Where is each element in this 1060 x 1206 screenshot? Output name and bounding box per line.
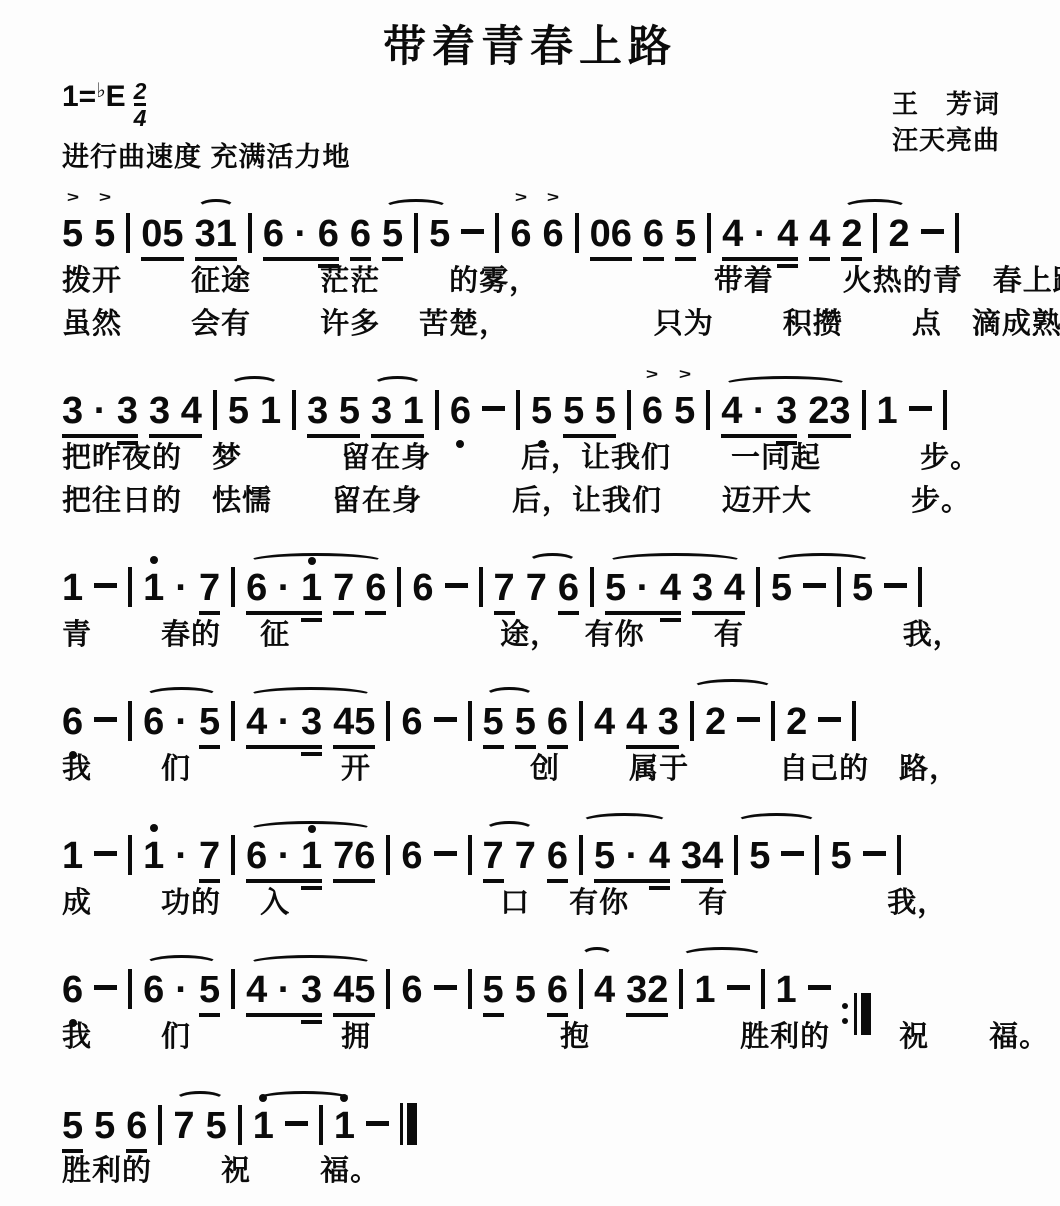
note: 1 bbox=[694, 970, 715, 1013]
note: 6 bbox=[547, 836, 568, 883]
note: 1 bbox=[776, 970, 797, 1013]
barline bbox=[231, 969, 235, 1009]
note: 6 bbox=[547, 970, 568, 1017]
key-prefix: 1= bbox=[62, 80, 96, 114]
repeat-barline bbox=[842, 993, 871, 1035]
note: 1 bbox=[253, 1106, 274, 1149]
note: 31 bbox=[195, 214, 237, 261]
barline bbox=[238, 1105, 242, 1145]
duration-dash bbox=[921, 229, 944, 234]
note: 3 5 bbox=[307, 391, 360, 438]
note: 5 bbox=[830, 836, 851, 879]
note: 5 · 4 bbox=[605, 568, 681, 615]
note-text: 4 bbox=[777, 213, 798, 255]
note: 6 bbox=[547, 702, 568, 749]
note: 5 bbox=[483, 970, 504, 1017]
note-text: 4 · bbox=[722, 213, 777, 255]
slur-arc bbox=[145, 955, 218, 972]
octave-dot-high bbox=[150, 556, 158, 564]
duration-dash bbox=[818, 717, 841, 722]
slur-arc bbox=[843, 199, 907, 216]
barline bbox=[128, 835, 132, 875]
slur-arc bbox=[607, 553, 743, 570]
sixteenth-beam bbox=[649, 886, 670, 890]
barline bbox=[468, 969, 472, 1009]
accent-icon: > bbox=[515, 192, 527, 205]
slur-arc bbox=[692, 679, 773, 696]
slur-arc bbox=[736, 813, 817, 830]
flat-icon: ♭ bbox=[96, 74, 105, 108]
note: 6 · 1 bbox=[246, 836, 322, 883]
note: 5 bbox=[429, 214, 450, 257]
note: 6 bbox=[126, 1106, 147, 1153]
note: 3 4 bbox=[149, 391, 202, 438]
duration-dash bbox=[94, 717, 117, 722]
barline bbox=[771, 701, 775, 741]
note-text: 6 bbox=[318, 213, 339, 255]
note: 6 bbox=[62, 702, 83, 745]
repeat-dot bbox=[842, 1018, 848, 1024]
note: 5 5 bbox=[563, 391, 616, 438]
note: 6> bbox=[542, 214, 563, 257]
barline bbox=[231, 835, 235, 875]
slur-arc bbox=[581, 813, 668, 830]
barline bbox=[213, 390, 217, 430]
note: 6 bbox=[401, 970, 422, 1013]
duration-dash bbox=[727, 985, 750, 990]
note: 76 bbox=[333, 836, 375, 883]
barline bbox=[690, 701, 694, 741]
notation-line: 11·76 · 17667765 · 43455 bbox=[62, 800, 1040, 882]
score-line: 5>5>05316 · 66556>6>06654 · 4422拨开 征途 茫茫… bbox=[62, 178, 1040, 346]
duration-dash bbox=[94, 985, 117, 990]
barline bbox=[706, 390, 710, 430]
header-meta: 1=♭E 2 4 进行曲速度 充满活力地 王 芳词 汪天亮曲 bbox=[62, 78, 1000, 178]
note: 6 bbox=[401, 836, 422, 879]
barline bbox=[862, 390, 866, 430]
barline bbox=[479, 567, 483, 607]
slur-arc bbox=[681, 947, 763, 964]
note-text: 1 bbox=[301, 567, 322, 609]
page-title: 带着青春上路 bbox=[0, 18, 1060, 76]
sixteenth-beam bbox=[301, 752, 322, 756]
barline bbox=[468, 835, 472, 875]
slur-arc bbox=[248, 553, 384, 570]
note: 4 bbox=[594, 702, 615, 745]
duration-dash bbox=[461, 229, 484, 234]
note: 4 · 3 bbox=[246, 702, 322, 749]
note: 5 bbox=[62, 1106, 83, 1153]
thick-bar bbox=[407, 1103, 417, 1145]
note: 5 bbox=[199, 702, 220, 749]
note-text: 3 bbox=[117, 390, 138, 432]
note: 34 bbox=[681, 836, 723, 883]
barline bbox=[579, 701, 583, 741]
note: 05 bbox=[141, 214, 183, 261]
barline bbox=[231, 701, 235, 741]
barline bbox=[815, 835, 819, 875]
lyric-line: 把昨夜的 梦 留在身 后，让我们 一同起 步。 bbox=[62, 437, 1040, 480]
note: 1 bbox=[877, 391, 898, 434]
notation-line: 66·54 · 345655644 322 bbox=[62, 666, 1040, 748]
lyricist-credit: 王 芳词 bbox=[892, 86, 1000, 122]
octave-dot-high bbox=[150, 824, 158, 832]
notation-line: 11·76 · 17667765 · 43 455 bbox=[62, 532, 1040, 614]
score-line: 11·76 · 17667765 · 43 455青 春的 征 途， 有你 有 … bbox=[62, 532, 1040, 657]
barline bbox=[128, 969, 132, 1009]
note-text: 4 bbox=[660, 567, 681, 609]
note: 23 bbox=[808, 391, 850, 438]
duration-dash bbox=[909, 406, 932, 411]
thin-bar bbox=[854, 993, 857, 1035]
note: 5 bbox=[199, 970, 220, 1017]
final-barline bbox=[400, 1103, 417, 1145]
barline bbox=[852, 701, 856, 741]
note: 7 bbox=[494, 568, 515, 615]
credits: 王 芳词 汪天亮曲 bbox=[892, 86, 1000, 158]
slur-arc bbox=[197, 199, 235, 216]
octave-dot-low bbox=[69, 751, 77, 759]
barline bbox=[292, 390, 296, 430]
duration-dash bbox=[434, 851, 457, 856]
note: 5> bbox=[62, 214, 83, 257]
note: 6 bbox=[365, 568, 386, 615]
duration-dash bbox=[803, 583, 826, 588]
composer-credit: 汪天亮曲 bbox=[892, 122, 1000, 158]
note-text: 6 · bbox=[246, 567, 301, 609]
barline bbox=[837, 567, 841, 607]
duration-dash bbox=[366, 1121, 389, 1126]
note: · bbox=[175, 568, 188, 611]
note-text: 4 bbox=[649, 835, 670, 877]
note-text: 3 bbox=[301, 701, 322, 743]
note: 5 bbox=[515, 970, 536, 1013]
duration-dash bbox=[781, 851, 804, 856]
barline bbox=[579, 969, 583, 1009]
lyric-line: 青 春的 征 途， 有你 有 我， bbox=[62, 614, 1040, 657]
octave-dot-high bbox=[308, 825, 316, 833]
note: 1 bbox=[62, 836, 83, 879]
barline bbox=[386, 835, 390, 875]
meter-numerator: 2 bbox=[134, 80, 147, 103]
slur-arc bbox=[175, 1091, 225, 1108]
note: 5 bbox=[483, 702, 504, 749]
note: 4 bbox=[594, 970, 615, 1013]
sixteenth-beam bbox=[776, 441, 797, 445]
duration-dash bbox=[94, 851, 117, 856]
barline bbox=[575, 213, 579, 253]
score-line: 66·54 · 345655644 322我 们 开 创 属于 自己的 路， bbox=[62, 666, 1040, 791]
note: · bbox=[175, 702, 188, 745]
sixteenth-beam bbox=[301, 1020, 322, 1024]
note: 4 3 bbox=[626, 702, 679, 749]
barline bbox=[158, 1105, 162, 1145]
barline bbox=[128, 701, 132, 741]
barline bbox=[756, 567, 760, 607]
slur-arc bbox=[485, 821, 534, 838]
note: 2 bbox=[841, 214, 862, 261]
score-line: 66·54 · 345655643211我 们 拥 抱 胜利的 祝 福。 bbox=[62, 934, 1040, 1059]
duration-dash bbox=[808, 985, 831, 990]
barline bbox=[414, 213, 418, 253]
barline bbox=[128, 567, 132, 607]
notation-line: 66·54 · 345655643211 bbox=[62, 934, 1040, 1016]
barline bbox=[943, 390, 947, 430]
score-line: 5567511胜利的 祝 福。 bbox=[62, 1068, 1040, 1193]
note: 4 · 4 bbox=[722, 214, 798, 261]
barline bbox=[707, 213, 711, 253]
duration-dash bbox=[737, 717, 760, 722]
note: 32 bbox=[626, 970, 668, 1017]
note: 2 bbox=[888, 214, 909, 257]
note: 6> bbox=[642, 391, 663, 434]
note: 6 bbox=[450, 391, 471, 434]
barline bbox=[319, 1105, 323, 1145]
note: 5 bbox=[382, 214, 403, 261]
barline bbox=[468, 701, 472, 741]
barline bbox=[516, 390, 520, 430]
note-text: 5 · bbox=[605, 567, 660, 609]
score-line: 3 · 33 4513 53 1655 56>5>4 · 3231把昨夜的 梦 … bbox=[62, 355, 1040, 523]
note: 1 bbox=[143, 836, 164, 879]
sixteenth-beam bbox=[777, 264, 798, 268]
slur-arc bbox=[373, 376, 422, 393]
octave-dot-low bbox=[456, 440, 464, 448]
note: 7 bbox=[173, 1106, 194, 1149]
octave-dot-low bbox=[538, 440, 546, 448]
note: 4 bbox=[809, 214, 830, 261]
note: 5> bbox=[674, 391, 695, 434]
note: 5 bbox=[94, 1106, 115, 1149]
note: 3 · 3 bbox=[62, 391, 138, 438]
note: 5 bbox=[228, 391, 249, 434]
note: 5 bbox=[515, 702, 536, 749]
duration-dash bbox=[434, 717, 457, 722]
note: 5 bbox=[206, 1106, 227, 1149]
note: 5 bbox=[749, 836, 770, 879]
barline bbox=[579, 835, 583, 875]
slur-arc bbox=[528, 553, 577, 570]
accent-icon: > bbox=[66, 192, 78, 205]
note: 5 bbox=[531, 391, 552, 434]
note-text: 4 · bbox=[246, 701, 301, 743]
slur-arc bbox=[255, 1091, 353, 1108]
octave-dot-low bbox=[69, 1019, 77, 1027]
notation-line: 5>5>05316 · 66556>6>06654 · 4422 bbox=[62, 178, 1040, 260]
note: 1 bbox=[62, 568, 83, 611]
tempo-marking: 进行曲速度 充满活力地 bbox=[62, 135, 351, 174]
sixteenth-beam bbox=[318, 264, 339, 268]
note: 6 bbox=[643, 214, 664, 261]
duration-dash bbox=[285, 1121, 308, 1126]
note: 1 bbox=[260, 391, 281, 434]
accent-icon: > bbox=[99, 192, 111, 205]
slur-arc bbox=[145, 687, 218, 704]
note-text: 4 · bbox=[721, 390, 776, 432]
slur-arc bbox=[384, 199, 448, 216]
note: 2 bbox=[786, 702, 807, 745]
slur-arc bbox=[230, 376, 279, 393]
slur-arc bbox=[485, 687, 534, 704]
barline bbox=[231, 567, 235, 607]
note: 6> bbox=[510, 214, 531, 257]
barline bbox=[761, 969, 765, 1009]
slur-arc bbox=[248, 955, 373, 972]
note: 06 bbox=[590, 214, 632, 261]
note: 7 bbox=[333, 568, 354, 615]
note: 6 bbox=[62, 970, 83, 1013]
sixteenth-beam bbox=[660, 618, 681, 622]
note: 3 1 bbox=[371, 391, 424, 438]
repeat-dots bbox=[842, 1003, 848, 1024]
note: 6 bbox=[558, 568, 579, 615]
note-text: 5 · bbox=[594, 835, 649, 877]
note: 5 bbox=[852, 568, 873, 611]
note: 2 bbox=[705, 702, 726, 745]
note: 4 · 3 bbox=[246, 970, 322, 1017]
barline bbox=[435, 390, 439, 430]
note: 4 · 3 bbox=[721, 391, 797, 438]
sixteenth-beam bbox=[117, 441, 138, 445]
note: 5 · 4 bbox=[594, 836, 670, 883]
accent-icon: > bbox=[679, 369, 691, 382]
duration-dash bbox=[884, 583, 907, 588]
barline bbox=[386, 969, 390, 1009]
note: 6 bbox=[412, 568, 433, 611]
lyric-line: 把往日的 怯懦 留在身 后，让我们 迈开大 步。 bbox=[62, 480, 1040, 523]
note-text: 3 bbox=[301, 969, 322, 1011]
accent-icon: > bbox=[547, 192, 559, 205]
duration-dash bbox=[445, 583, 468, 588]
duration-dash bbox=[94, 583, 117, 588]
barline bbox=[495, 213, 499, 253]
note: 7 bbox=[483, 836, 504, 883]
notation-line: 3 · 33 4513 53 1655 56>5>4 · 3231 bbox=[62, 355, 1040, 437]
note: 6 bbox=[143, 702, 164, 745]
key-letter: E bbox=[106, 80, 126, 114]
note-text: 6 · bbox=[263, 213, 318, 255]
note: 1 bbox=[143, 568, 164, 611]
lyric-line: 虽然 会有 许多 苦楚， 只为 积攒 点 滴成熟， bbox=[62, 303, 1040, 346]
note: 7 bbox=[199, 568, 220, 615]
barline bbox=[873, 213, 877, 253]
note: 3 4 bbox=[692, 568, 745, 615]
slur-arc bbox=[773, 553, 871, 570]
score: 5>5>05316 · 66556>6>06654 · 4422拨开 征途 茫茫… bbox=[62, 178, 1040, 1193]
score-line: 11·76 · 17667765 · 43455成 功的 入 口 有你 有 我， bbox=[62, 800, 1040, 925]
note: 7 bbox=[515, 836, 536, 879]
notation-line: 5567511 bbox=[62, 1068, 1040, 1150]
thick-bar bbox=[861, 993, 871, 1035]
note: 5> bbox=[94, 214, 115, 257]
slur-arc bbox=[248, 687, 373, 704]
note-text: 4 · bbox=[246, 969, 301, 1011]
duration-dash bbox=[863, 851, 886, 856]
barline bbox=[955, 213, 959, 253]
accent-icon: > bbox=[646, 369, 658, 382]
note: 45 bbox=[333, 702, 375, 749]
note: 6 · 1 bbox=[246, 568, 322, 615]
barline bbox=[897, 835, 901, 875]
barline bbox=[386, 701, 390, 741]
barline bbox=[679, 969, 683, 1009]
note: 6 bbox=[350, 214, 371, 261]
note: 45 bbox=[333, 970, 375, 1017]
sixteenth-beam bbox=[301, 618, 322, 622]
note-text: 6 · bbox=[246, 835, 301, 877]
note: 6 · 6 bbox=[263, 214, 339, 261]
duration-dash bbox=[434, 985, 457, 990]
slur-arc bbox=[581, 947, 613, 964]
note: · bbox=[175, 836, 188, 879]
lyric-line: 我 们 拥 抱 胜利的 祝 福。 bbox=[62, 1016, 1040, 1059]
note: · bbox=[175, 970, 188, 1013]
note: 6 bbox=[143, 970, 164, 1013]
note: 5 bbox=[771, 568, 792, 611]
octave-dot-high bbox=[308, 557, 316, 565]
note: 7 bbox=[526, 568, 547, 611]
note-text: 3 bbox=[776, 390, 797, 432]
barline bbox=[126, 213, 130, 253]
barline bbox=[248, 213, 252, 253]
lyric-line: 胜利的 祝 福。 bbox=[62, 1150, 1040, 1193]
note: 6 bbox=[401, 702, 422, 745]
key-signature: 1=♭E 2 4 bbox=[62, 80, 146, 130]
barline bbox=[397, 567, 401, 607]
time-signature: 2 4 bbox=[134, 80, 147, 130]
note: 7 bbox=[199, 836, 220, 883]
lyric-line: 拨开 征途 茫茫 的雾， 带着 火热的青 春上路， bbox=[62, 260, 1040, 303]
note-text: 1 bbox=[301, 835, 322, 877]
thin-bar bbox=[400, 1103, 403, 1145]
lyric-line: 成 功的 入 口 有你 有 我， bbox=[62, 882, 1040, 925]
meter-denominator: 4 bbox=[134, 103, 147, 130]
note: 5 bbox=[675, 214, 696, 261]
slur-arc bbox=[723, 376, 848, 393]
barline bbox=[918, 567, 922, 607]
barline bbox=[627, 390, 631, 430]
sixteenth-beam bbox=[301, 886, 322, 890]
sheet-music-page: 带着青春上路 1=♭E 2 4 进行曲速度 充满活力地 王 芳词 汪天亮曲 5>… bbox=[0, 0, 1060, 1206]
note-text: 3 · bbox=[62, 390, 117, 432]
note: 1 bbox=[334, 1106, 355, 1149]
barline bbox=[734, 835, 738, 875]
repeat-dot bbox=[842, 1003, 848, 1009]
lyric-line: 我 们 开 创 属于 自己的 路， bbox=[62, 748, 1040, 791]
barline bbox=[590, 567, 594, 607]
duration-dash bbox=[482, 406, 505, 411]
